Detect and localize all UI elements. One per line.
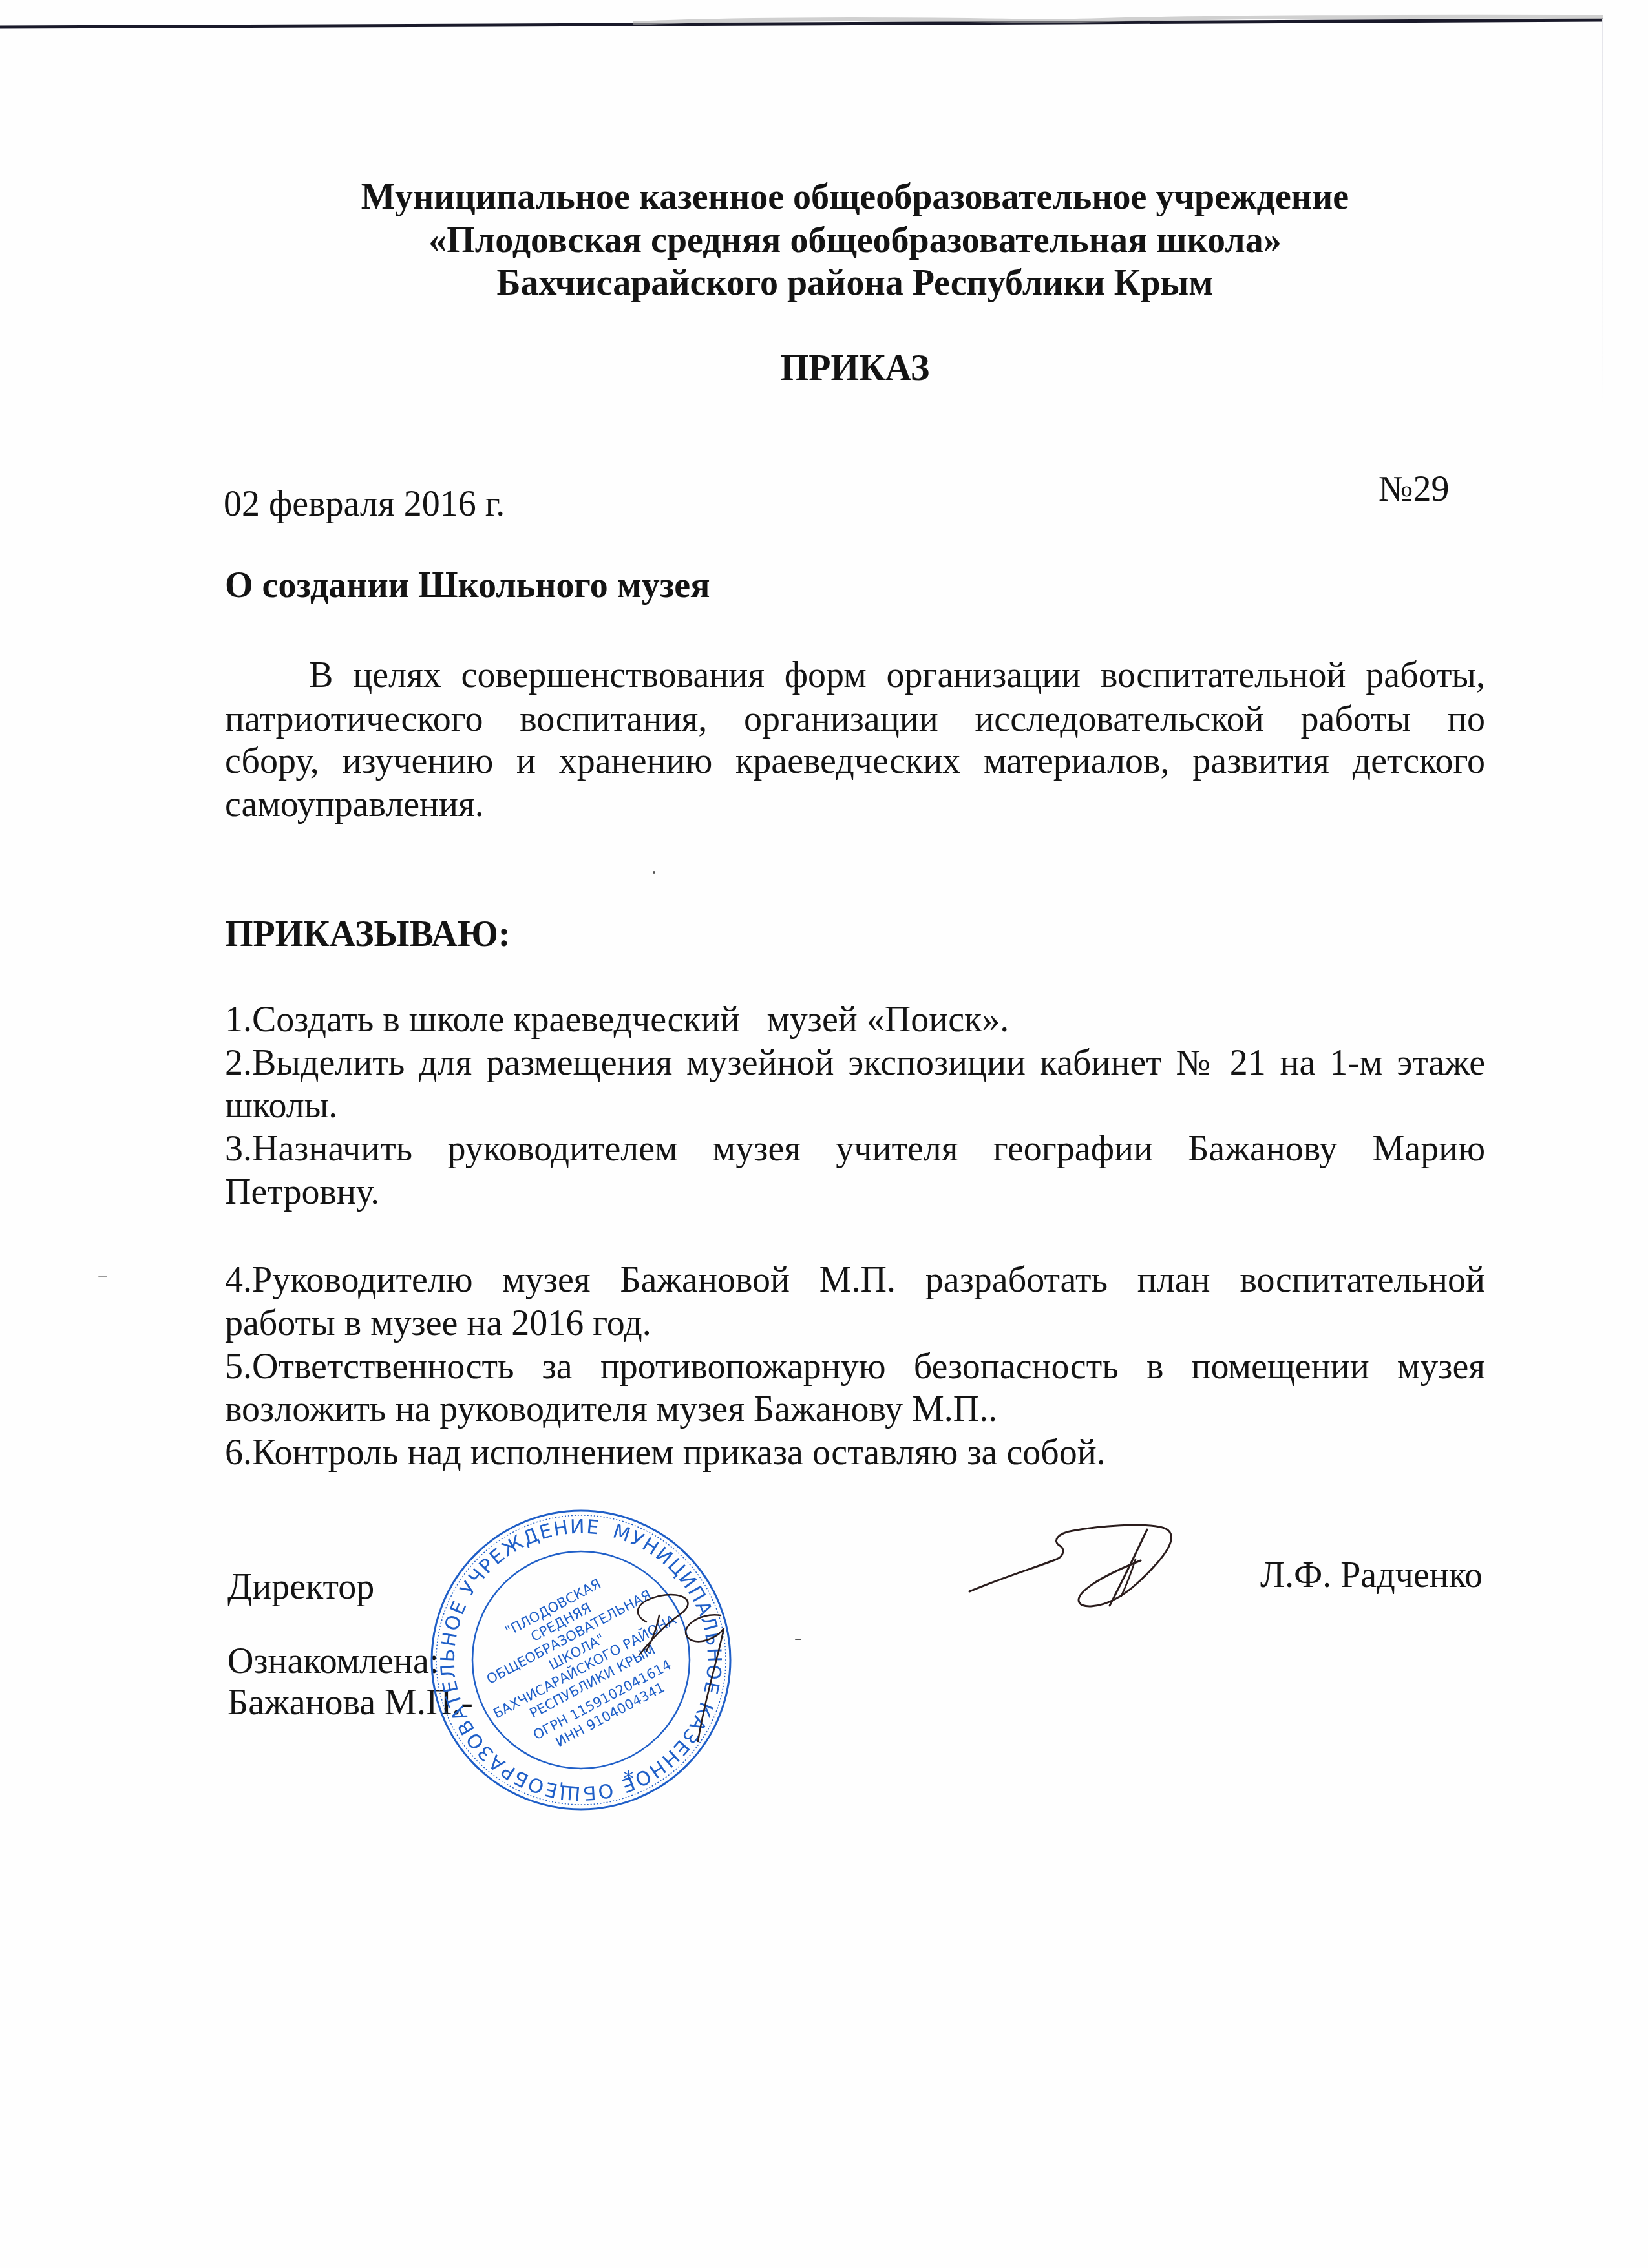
scan-edge-line (0, 0, 1648, 52)
header-institution-line1: Муниципальное казенное общеобразовательн… (225, 179, 1485, 215)
signatory-name: Л.Ф. Радченко (1260, 1557, 1483, 1593)
acknowledgement-label: Ознакомлена: (227, 1643, 439, 1679)
acknowledgement-signature (620, 1577, 737, 1745)
order-item-3-line-1: 3.Назначить руководителем музея учителя … (225, 1131, 1485, 1167)
document-number: №29 (1379, 471, 1449, 507)
order-item-5-line-1: 5.Ответственность за противопожарную без… (225, 1349, 1485, 1385)
preamble-line-3: сбору, изучению и хранению краеведческих… (225, 743, 1485, 779)
document-title: О создании Школьного музея (225, 567, 710, 604)
preamble-line-1: В целях совершенствования форм организац… (309, 657, 1485, 693)
stamp-star: * (623, 1766, 634, 1792)
document-date: 02 февраля 2016 г. (224, 486, 505, 522)
document-page: Муниципальное казенное общеобразовательн… (0, 0, 1648, 2268)
signatory-position: Директор (227, 1569, 374, 1605)
header-institution-line3: Бахчисарайского района Республики Крым (225, 265, 1485, 301)
header-institution-line2: «Плодовская средняя общеобразовательная … (225, 222, 1485, 258)
order-item-1: 1.Создать в школе краеведческий музей «П… (225, 1002, 1009, 1038)
scan-speck (795, 1639, 801, 1640)
order-item-2-line-2: школы. (225, 1087, 337, 1124)
document-type-heading: ПРИКАЗ (225, 350, 1485, 386)
director-signature (966, 1522, 1199, 1612)
scan-speck (653, 871, 655, 874)
order-item-4-line-1: 4.Руководителю музея Бажановой М.П. разр… (225, 1262, 1485, 1298)
order-item-2-line-1: 2.Выделить для размещения музейной экспо… (225, 1045, 1485, 1081)
preamble-line-4: самоуправления. (225, 786, 484, 823)
preamble-line-2: патриотического воспитания, организации … (225, 701, 1485, 737)
order-item-6: 6.Контроль над исполнением приказа остав… (225, 1434, 1106, 1471)
order-item-5-line-2: возложить на руководителя музея Бажанову… (225, 1391, 997, 1427)
order-item-4-line-2: работы в музее на 2016 год. (225, 1305, 651, 1341)
order-item-3-line-2: Петровну. (225, 1174, 379, 1210)
scan-speck (98, 1276, 107, 1277)
order-heading: ПРИКАЗЫВАЮ: (225, 916, 511, 952)
scan-edge-right (1602, 19, 1603, 407)
